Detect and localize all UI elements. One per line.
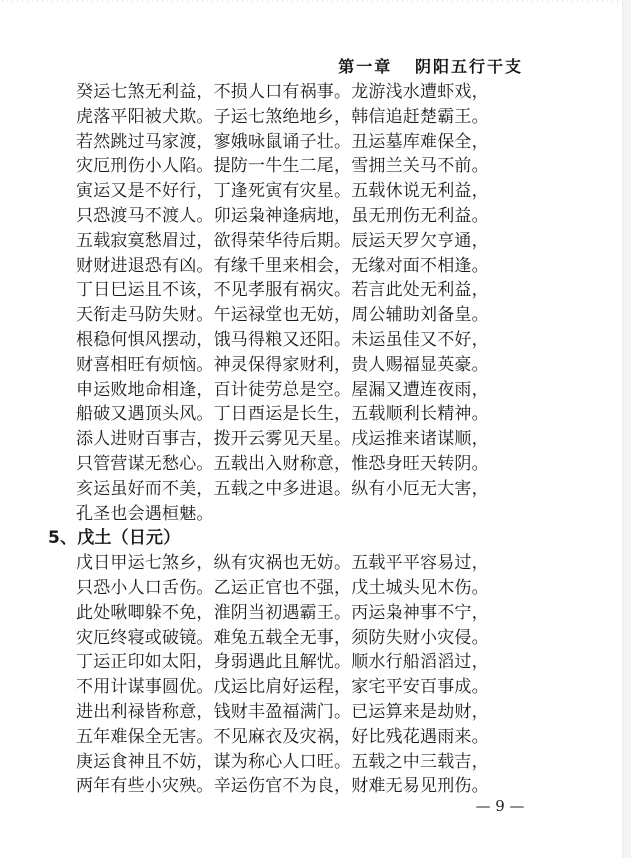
text-line: 五年难保全无害。不见麻衣及灾祸，好比残花遇雨来。 (76, 725, 516, 750)
page-number: — 9 — (470, 797, 530, 815)
text-line: 船破又遇顶头风。丁日酉运是长生，五载顺利长精神。 (76, 402, 516, 427)
text-line: 根稳何惧风摆动，饿马得粮又还阳。未运虽佳又不好， (76, 328, 516, 353)
text-line: 亥运虽好而不美，五载之中多进退。纵有小厄无大害， (76, 477, 516, 502)
text-line: 癸运七煞无利益，不损人口有祸事。龙游浅水遭虾戏， (76, 80, 516, 105)
text-line: 庚运食神且不妨，谋为称心人口旺。五载之中三载吉， (76, 750, 516, 775)
text-line: 天衔走马防失财。午运禄堂也无妨，周公辅助刘备皇。 (76, 303, 516, 328)
running-head-chapter-title: 第一章 阴阳五行干支 (338, 54, 523, 77)
text-line: 寅运又是不好行，丁逢死寅有灾星。五载休说无利益， (76, 179, 516, 204)
text-line: 申运败地命相逢，百计徒劳总是空。屋漏又遭连夜雨， (76, 378, 516, 403)
text-line: 灾厄终寝或破镜。难兔五载全无事，须防失财小灾侵。 (76, 626, 516, 651)
text-line: 若然跳过马家渡，寥娥咏鼠诵子壮。丑运墓库难保全， (76, 130, 516, 155)
text-line: 只管营谋无愁心。五载出入财称意，惟恐身旺天转阴。 (76, 452, 516, 477)
text-line: 进出利禄皆称意，钱财丰盈福满门。已运算来是劫财， (76, 700, 516, 725)
page-top-edge (0, 0, 623, 2)
text-line: 戊日甲运七煞乡，纵有灾祸也无妨。五载平平容易过， (76, 551, 516, 576)
text-line: 丁日巳运且不该，不见孝服有祸灾。若言此处无利益， (76, 278, 516, 303)
text-line: 灾厄刑伤小人陷。提防一牛生二尾，雪拥兰关马不前。 (76, 154, 516, 179)
page-right-edge (622, 0, 631, 858)
section-heading: 5、戊土（日元） (48, 526, 516, 551)
text-line: 虎落平阳被犬欺。子运七煞绝地乡，韩信追赶楚霸王。 (76, 105, 516, 130)
text-line: 不用计谋事圆优。戊运比肩好运程，家宅平安百事成。 (76, 675, 516, 700)
text-line: 只恐小人口舌伤。乙运正官也不强，戊土城头见木伤。 (76, 576, 516, 601)
text-line: 添人进财百事吉，拨开云雾见天星。戌运推来诸谋顺， (76, 427, 516, 452)
text-line: 财喜相旺有烦恼。神灵保得家财利，贵人赐福显英豪。 (76, 353, 516, 378)
text-line: 财财进退恐有凶。有缘千里来相会，无缘对面不相逢。 (76, 254, 516, 279)
text-line: 此处啾唧躲不免，淮阴当初遇霸王。丙运枭神事不宁， (76, 601, 516, 626)
text-line: 只恐渡马不渡人。卯运枭神逢病地，虽无刑伤无利益。 (76, 204, 516, 229)
text-line: 五载寂寞愁眉过，欲得荣华待后期。辰运天罗欠亨通， (76, 229, 516, 254)
text-line: 两年有些小灾殃。辛运伤官不为良，财难无易见刑伤。 (76, 774, 516, 799)
text-line: 孔圣也会遇桓魅。 (76, 502, 516, 527)
text-line: 丁运正印如太阳，身弱遇此且解忧。顺水行船滔滔过， (76, 650, 516, 675)
body-text: 癸运七煞无利益，不损人口有祸事。龙游浅水遭虾戏， 虎落平阳被犬欺。子运七煞绝地乡… (76, 80, 516, 799)
